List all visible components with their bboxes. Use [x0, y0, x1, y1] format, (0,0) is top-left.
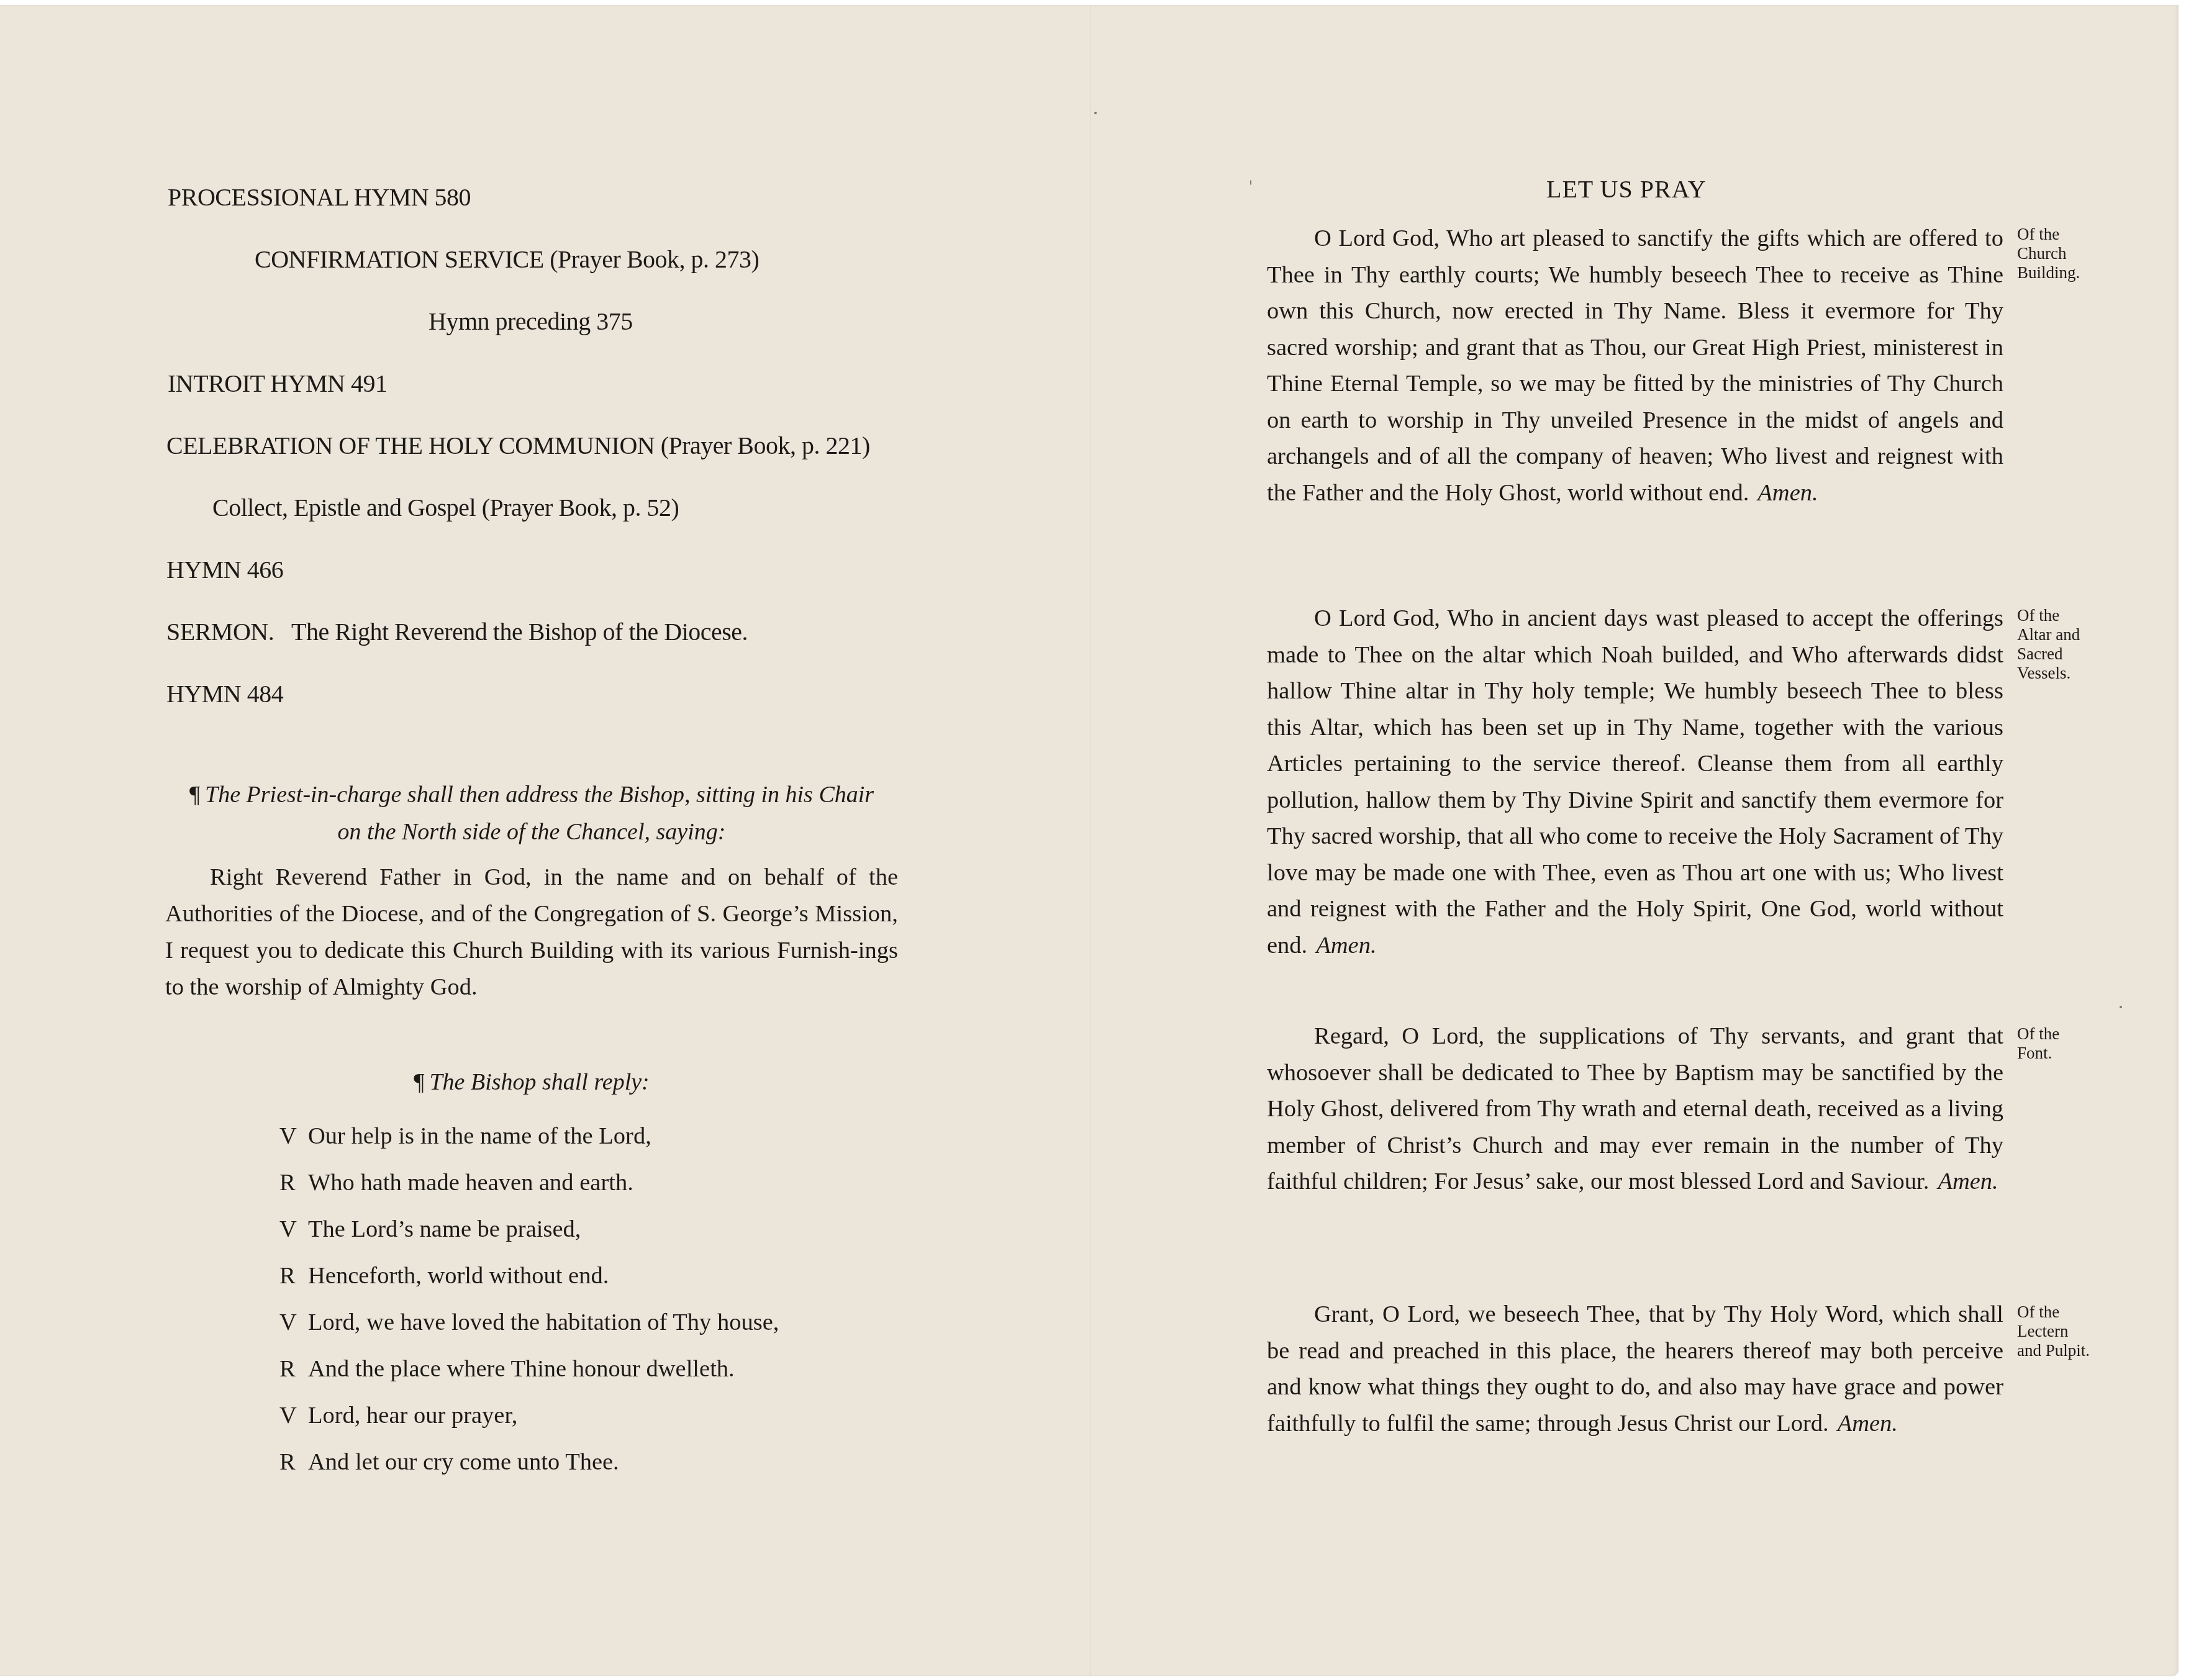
- rubric-bishop: ¶The Bishop shall reply:: [165, 1064, 898, 1101]
- paper-speck: [2120, 1006, 2122, 1008]
- rubric-priest-line-1: ¶The Priest-in-charge shall then address…: [165, 776, 898, 813]
- amen: Amen.: [1316, 933, 1376, 959]
- prayer-church-building: O Lord God, Who art pleased to sanctify …: [1267, 220, 2003, 511]
- versicle-row: VLord, hear our prayer,: [279, 1400, 779, 1447]
- paper-speck: [1094, 112, 1097, 114]
- amen: Amen.: [1838, 1411, 1898, 1437]
- response-row: RAnd the place where Thine honour dwelle…: [279, 1353, 779, 1400]
- versicle-row: VThe Lord’s name be praised,: [279, 1214, 779, 1260]
- prayer-font: Regard, O Lord, the supplications of Thy…: [1267, 1018, 2003, 1200]
- prayer-altar-vessels: O Lord God, Who in ancient days wast ple…: [1267, 600, 2003, 964]
- hymn-preceding: Hymn preceding 375: [429, 306, 633, 337]
- confirmation-service: CONFIRMATION SERVICE (Prayer Book, p. 27…: [255, 244, 759, 275]
- prayer-lectern-pulpit: Grant, O Lord, we beseech Thee, that by …: [1267, 1296, 2003, 1442]
- hymn-484: HYMN 484: [166, 679, 283, 710]
- versicle-row: VOur help is in the name of the Lord,: [279, 1121, 779, 1167]
- versicle-marker: V: [279, 1400, 308, 1431]
- rubric-priest-line-2: on the North side of the Chancel, saying…: [165, 813, 898, 851]
- versicle-marker: V: [279, 1307, 308, 1338]
- priest-address: Right Reverend Father in God, in the nam…: [165, 859, 898, 1006]
- paper-speck: [1250, 180, 1251, 185]
- collect-epistle-gospel: Collect, Epistle and Gospel (Prayer Book…: [212, 492, 679, 523]
- margin-note-font: Of the Font.: [2017, 1024, 2059, 1063]
- margin-note-altar-vessels: Of the Altar and Sacred Vessels.: [2017, 606, 2080, 683]
- margin-note-lectern-pulpit: Of the Lectern and Pulpit.: [2017, 1303, 2090, 1360]
- response-row: RWho hath made heaven and earth.: [279, 1167, 779, 1214]
- hymn-466: HYMN 466: [166, 554, 283, 585]
- processional-hymn: PROCESSIONAL HYMN 580: [168, 182, 471, 213]
- amen: Amen.: [1757, 480, 1818, 506]
- versicle-marker: V: [279, 1121, 308, 1152]
- versicles-and-responses: VOur help is in the name of the Lord, RW…: [279, 1121, 779, 1493]
- pilcrow-icon: ¶: [189, 782, 200, 808]
- response-marker: R: [279, 1260, 308, 1291]
- sermon-line: SERMON. The Right Reverend the Bishop of…: [166, 616, 748, 648]
- holy-communion: CELEBRATION OF THE HOLY COMMUNION (Praye…: [166, 430, 870, 461]
- let-us-pray-heading: LET US PRAY: [1546, 174, 1707, 205]
- response-marker: R: [279, 1167, 308, 1198]
- amen: Amen.: [1938, 1168, 1998, 1195]
- center-fold: [1090, 5, 1091, 1676]
- response-row: RAnd let our cry come unto Thee.: [279, 1447, 779, 1493]
- versicle-marker: V: [279, 1214, 308, 1245]
- rubric-priest: ¶The Priest-in-charge shall then address…: [165, 776, 898, 851]
- response-marker: R: [279, 1353, 308, 1384]
- response-row: RHenceforth, world without end.: [279, 1260, 779, 1307]
- margin-note-church-building: Of the Church Building.: [2017, 225, 2080, 282]
- versicle-row: VLord, we have loved the habitation of T…: [279, 1307, 779, 1353]
- pilcrow-icon: ¶: [414, 1069, 424, 1095]
- response-marker: R: [279, 1447, 308, 1478]
- introit-hymn: INTROIT HYMN 491: [168, 368, 387, 399]
